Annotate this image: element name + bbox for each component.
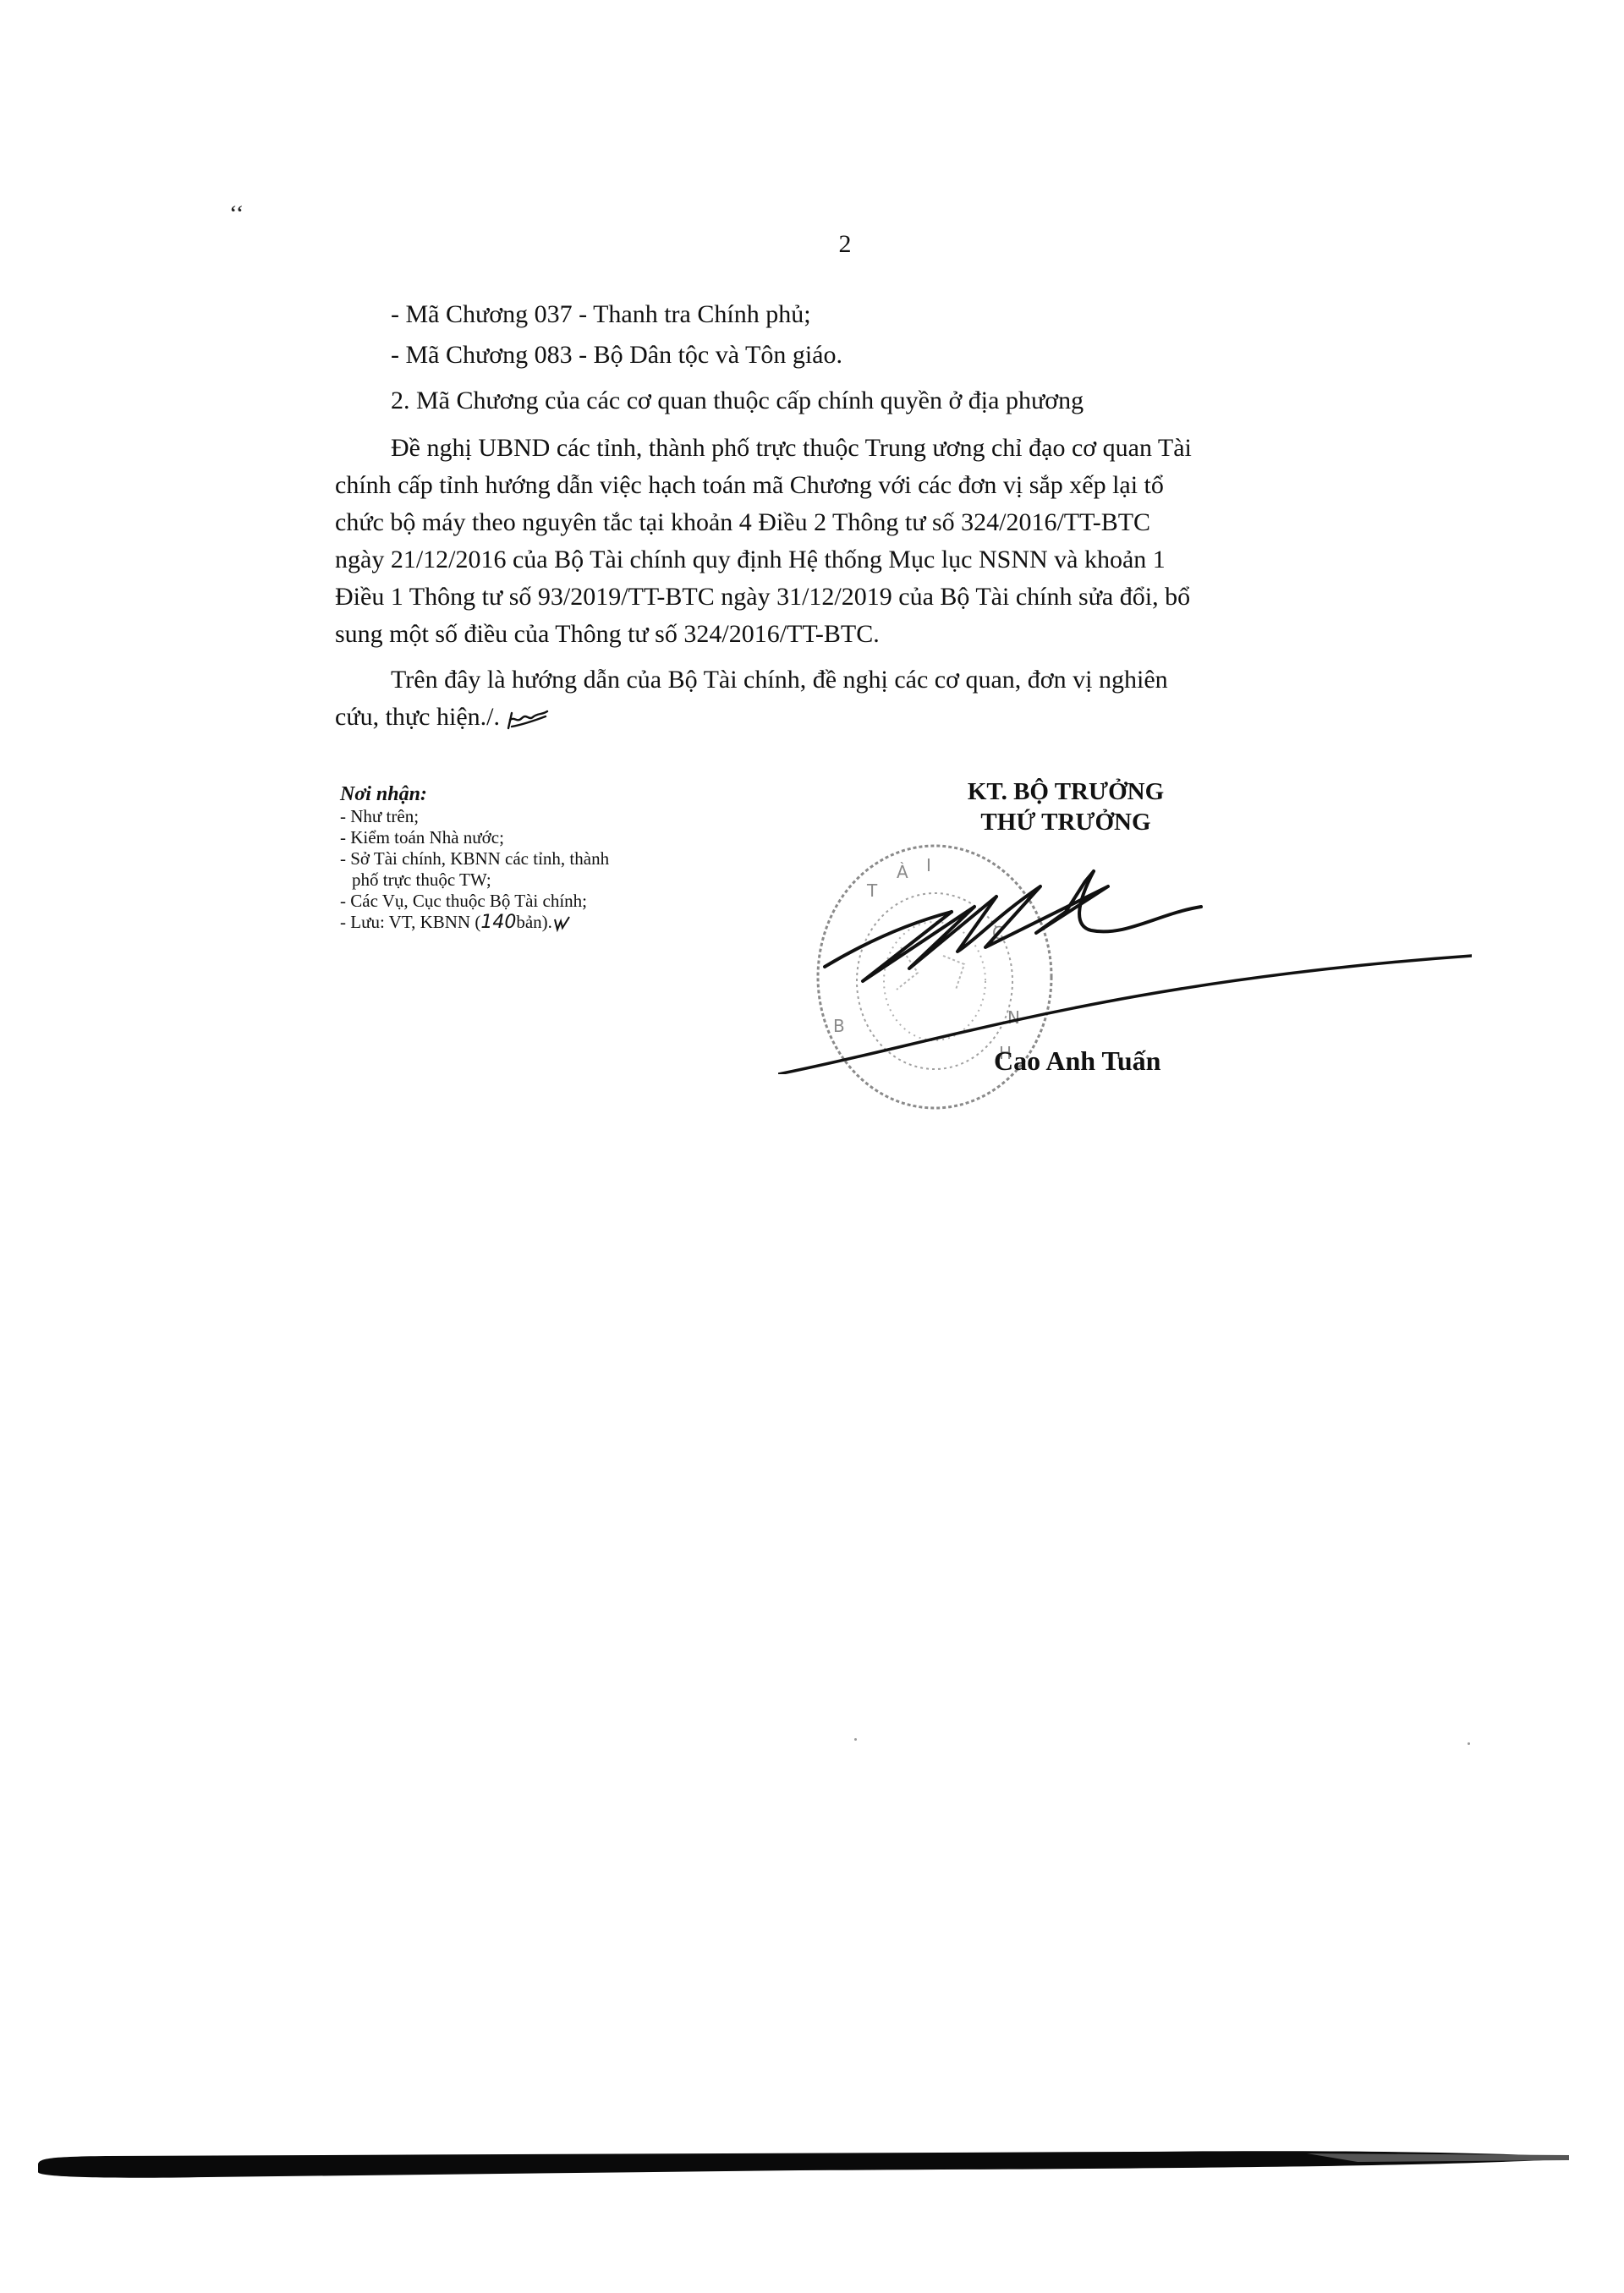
archive-suffix: bản). [516,912,552,932]
chapter-code-list: - Mã Chương 037 - Thanh tra Chính phủ; -… [391,296,1419,374]
paragraph-line: chức bộ máy theo nguyên tắc tại khoản 4 … [335,504,1363,541]
paragraph-closing: Trên đây là hướng dẫn của Bộ Tài chính, … [335,661,1363,736]
signature-title-line-2: THỨ TRƯỞNG [913,807,1218,837]
initial-mark-icon [505,706,549,732]
paragraph-line: ngày 21/12/2016 của Bộ Tài chính quy địn… [335,541,1363,579]
recipient-item: - Các Vụ, Cục thuộc Bộ Tài chính; [340,891,609,912]
paragraph-instruction: Đề nghị UBND các tỉnh, thành phố trực th… [335,430,1363,653]
recipient-item-archive: - Lưu: VT, KBNN (140bản). [340,912,609,933]
paragraph-line: Điều 1 Thông tư số 93/2019/TT-BTC ngày 3… [335,579,1363,616]
recipient-item-continuation: phố trực thuộc TW; [340,869,609,891]
scan-speck [1468,1742,1470,1745]
recipients-title: Nơi nhận: [340,782,609,806]
paragraph-line: chính cấp tỉnh hướng dẫn việc hạch toán … [335,467,1363,504]
signature-title: KT. BỘ TRƯỞNG THỨ TRƯỞNG [913,776,1218,837]
archive-prefix: - Lưu: VT, KBNN ( [340,912,480,932]
handwritten-copy-count: 140 [480,912,516,933]
recipient-item: - Như trên; [340,806,609,827]
paragraph-line: Đề nghị UBND các tỉnh, thành phố trực th… [335,430,1363,467]
paragraph-line-text: cứu, thực hiện./. [335,703,500,731]
handwritten-signature-icon [778,846,1472,1074]
scan-edge-bar [38,2148,1569,2181]
handwritten-tick-icon [552,914,571,933]
page-number: 2 [0,230,1624,259]
section-heading: 2. Mã Chương của các cơ quan thuộc cấp c… [391,382,1419,420]
recipient-item: - Sở Tài chính, KBNN các tỉnh, thành [340,848,609,869]
scan-speck [854,1738,857,1741]
list-item: - Mã Chương 037 - Thanh tra Chính phủ; [391,296,1419,333]
scan-marks: ‘‘ [230,201,244,223]
paragraph-line: sung một số điều của Thông tư số 324/201… [335,616,1363,653]
paragraph-line-last: cứu, thực hiện./. [335,699,1363,736]
signer-name: Cao Anh Tuấn [994,1045,1160,1077]
paragraph-line: Trên đây là hướng dẫn của Bộ Tài chính, … [335,661,1363,699]
recipients-block: Nơi nhận: - Như trên; - Kiểm toán Nhà nư… [340,782,609,933]
signature-title-line-1: KT. BỘ TRƯỞNG [913,776,1218,807]
recipient-item: - Kiểm toán Nhà nước; [340,827,609,848]
section-heading-text: 2. Mã Chương của các cơ quan thuộc cấp c… [391,382,1419,420]
list-item: - Mã Chương 083 - Bộ Dân tộc và Tôn giáo… [391,337,1419,374]
